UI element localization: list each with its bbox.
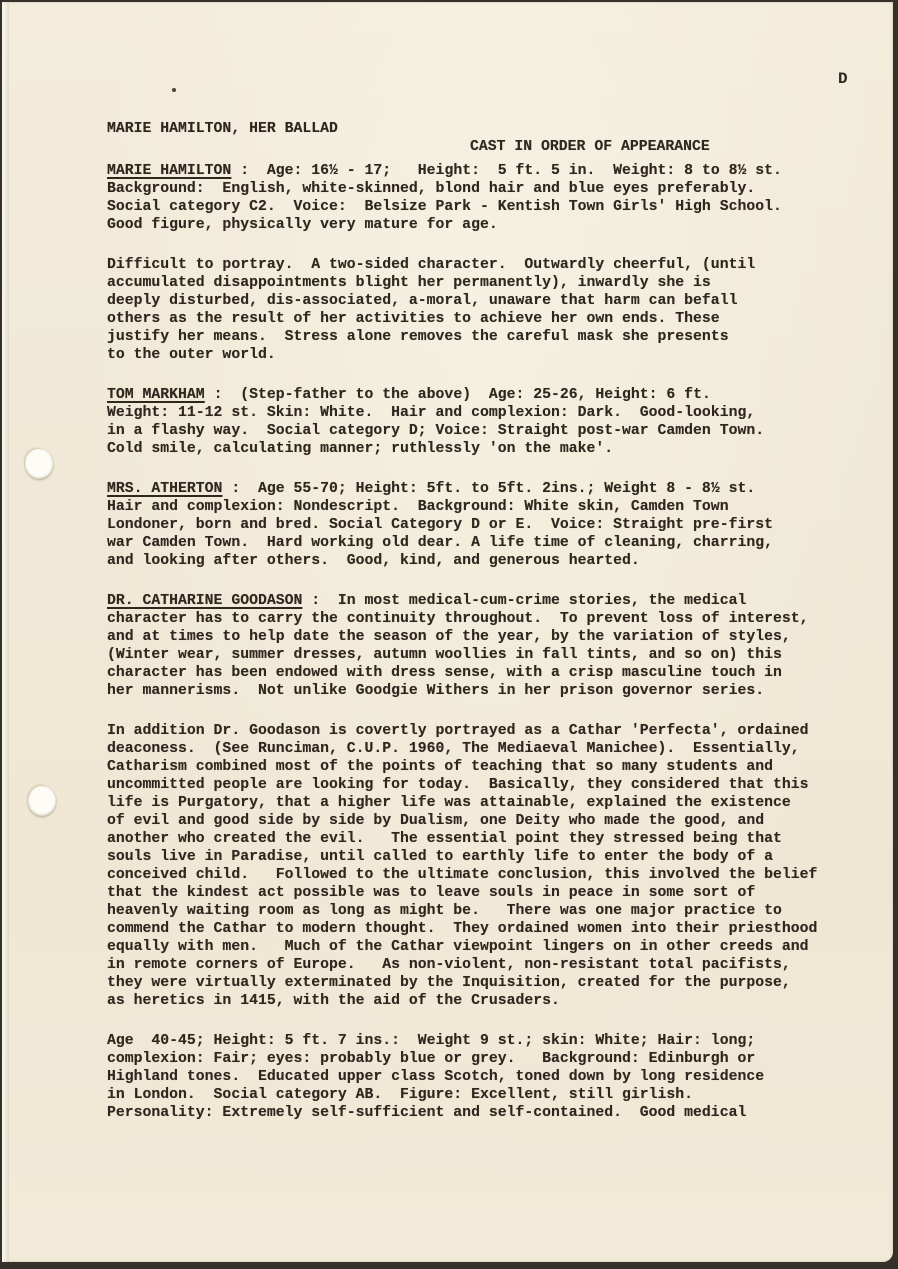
paragraph-marie-hamilton: MARIE HAMILTON : Age: 16½ - 17; Height: … bbox=[107, 162, 852, 234]
paragraph-marie-description: Difficult to portray. A two-sided charac… bbox=[107, 256, 852, 364]
punch-hole bbox=[23, 447, 55, 481]
cast-order-heading: CAST IN ORDER OF APPEARANCE bbox=[470, 138, 710, 156]
paragraph-tom-markham: TOM MARKHAM : (Step-father to the above)… bbox=[107, 386, 852, 458]
document-header: MARIE HAMILTON, HER BALLAD CAST IN ORDER… bbox=[107, 102, 852, 120]
paragraph-text: Difficult to portray. A two-sided charac… bbox=[107, 257, 755, 363]
ink-dot bbox=[172, 88, 176, 92]
paragraph-goodason-attributes: Age 40-45; Height: 5 ft. 7 ins.: Weight … bbox=[107, 1032, 852, 1122]
paragraph-text: Age 40-45; Height: 5 ft. 7 ins.: Weight … bbox=[107, 1033, 764, 1121]
punch-hole bbox=[28, 786, 56, 816]
character-name: MRS. ATHERTON bbox=[107, 481, 222, 497]
page-letter: D bbox=[838, 70, 848, 88]
paper-left-edge bbox=[2, 2, 9, 1262]
document-content: MARIE HAMILTON, HER BALLAD CAST IN ORDER… bbox=[107, 102, 852, 1144]
character-name: DR. CATHARINE GOODASON bbox=[107, 593, 302, 609]
paragraph-text: : (Step-father to the above) Age: 25-26,… bbox=[107, 387, 764, 457]
paragraph-mrs-atherton: MRS. ATHERTON : Age 55-70; Height: 5ft. … bbox=[107, 480, 852, 570]
document-title: MARIE HAMILTON, HER BALLAD bbox=[107, 120, 338, 138]
document-page: D MARIE HAMILTON, HER BALLAD CAST IN ORD… bbox=[2, 2, 893, 1262]
paragraph-text: In addition Dr. Goodason is covertly por… bbox=[107, 723, 817, 1009]
paragraph-dr-goodason: DR. CATHARINE GOODASON : In most medical… bbox=[107, 592, 852, 700]
character-name: TOM MARKHAM bbox=[107, 387, 205, 403]
paragraph-cathar-background: In addition Dr. Goodason is covertly por… bbox=[107, 722, 852, 1010]
